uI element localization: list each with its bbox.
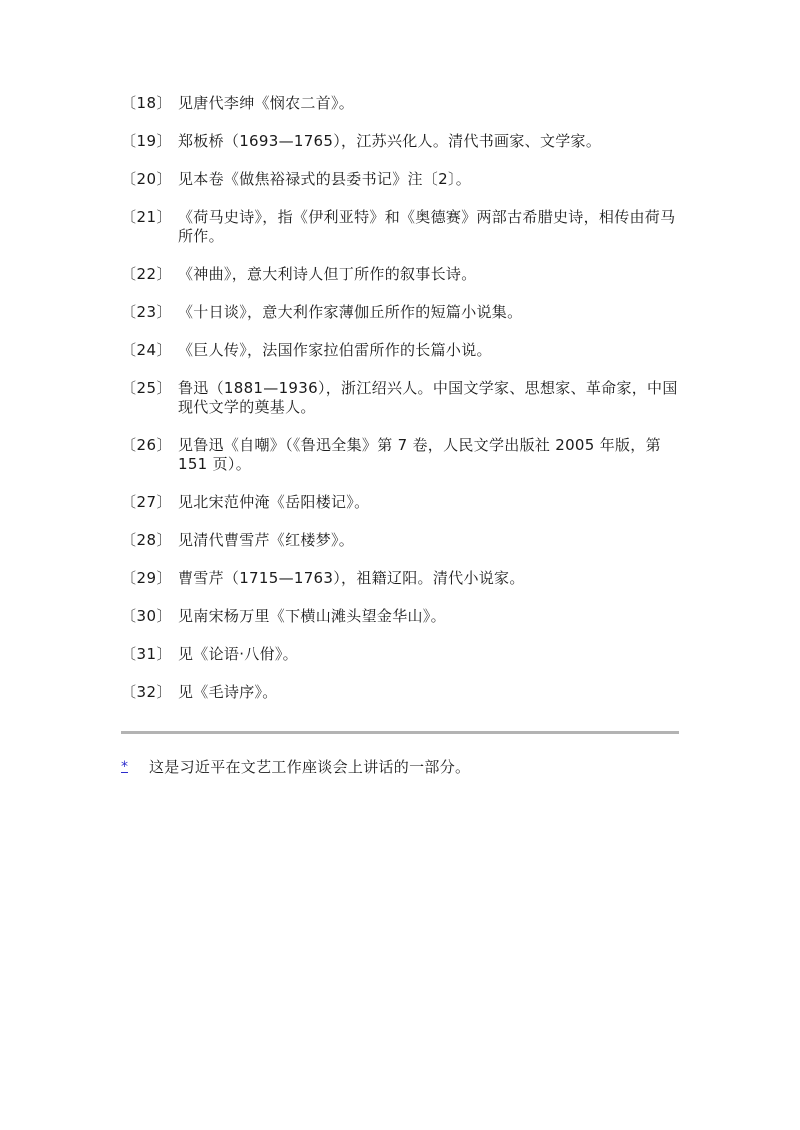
endnote-28: 〔28〕 见清代曹雪芹《红楼梦》。 xyxy=(121,531,681,550)
endnote-22: 〔22〕 《神曲》，意大利诗人但丁所作的叙事长诗。 xyxy=(121,265,681,284)
endnote-text: 《十日谈》，意大利作家薄伽丘所作的短篇小说集。 xyxy=(178,303,681,322)
endnote-number: 〔21〕 xyxy=(121,208,178,227)
footnote: * 这是习近平在文艺工作座谈会上讲话的一部分。 xyxy=(121,758,470,777)
endnote-number: 〔25〕 xyxy=(121,379,178,398)
endnote-number: 〔30〕 xyxy=(121,607,178,626)
endnote-text: 见《论语·八佾》。 xyxy=(178,645,681,664)
endnote-30: 〔30〕 见南宋杨万里《下横山滩头望金华山》。 xyxy=(121,607,681,626)
endnote-number: 〔18〕 xyxy=(121,94,178,113)
endnote-21: 〔21〕 《荷马史诗》，指《伊利亚特》和《奥德赛》两部古希腊史诗，相传由荷马所作… xyxy=(121,208,681,246)
endnote-number: 〔27〕 xyxy=(121,493,178,512)
footnote-backlink[interactable]: * xyxy=(121,758,149,777)
endnote-number: 〔26〕 xyxy=(121,436,178,455)
endnotes-list: 〔18〕 见唐代李绅《悯农二首》。 〔19〕 郑板桥（1693—1765），江苏… xyxy=(121,94,681,721)
endnote-text: 《神曲》，意大利诗人但丁所作的叙事长诗。 xyxy=(178,265,681,284)
endnote-23: 〔23〕 《十日谈》，意大利作家薄伽丘所作的短篇小说集。 xyxy=(121,303,681,322)
footnote-text: 这是习近平在文艺工作座谈会上讲话的一部分。 xyxy=(149,758,470,777)
endnote-20: 〔20〕 见本卷《做焦裕禄式的县委书记》注〔2〕。 xyxy=(121,170,681,189)
endnote-number: 〔32〕 xyxy=(121,683,178,702)
endnote-text: 见鲁迅《自嘲》（《鲁迅全集》第 7 卷，人民文学出版社 2005 年版，第 15… xyxy=(178,436,681,474)
endnote-24: 〔24〕 《巨人传》，法国作家拉伯雷所作的长篇小说。 xyxy=(121,341,681,360)
endnote-number: 〔31〕 xyxy=(121,645,178,664)
endnote-number: 〔22〕 xyxy=(121,265,178,284)
endnote-number: 〔19〕 xyxy=(121,132,178,151)
endnote-text: 《巨人传》，法国作家拉伯雷所作的长篇小说。 xyxy=(178,341,681,360)
endnote-32: 〔32〕 见《毛诗序》。 xyxy=(121,683,681,702)
endnote-text: 曹雪芹（1715—1763），祖籍辽阳。清代小说家。 xyxy=(178,569,681,588)
endnote-number: 〔20〕 xyxy=(121,170,178,189)
endnote-text: 见清代曹雪芹《红楼梦》。 xyxy=(178,531,681,550)
endnote-text: 《荷马史诗》，指《伊利亚特》和《奥德赛》两部古希腊史诗，相传由荷马所作。 xyxy=(178,208,681,246)
endnote-text: 鲁迅（1881—1936），浙江绍兴人。中国文学家、思想家、革命家，中国现代文学… xyxy=(178,379,681,417)
endnote-27: 〔27〕 见北宋范仲淹《岳阳楼记》。 xyxy=(121,493,681,512)
endnote-25: 〔25〕 鲁迅（1881—1936），浙江绍兴人。中国文学家、思想家、革命家，中… xyxy=(121,379,681,417)
endnote-text: 见本卷《做焦裕禄式的县委书记》注〔2〕。 xyxy=(178,170,681,189)
endnote-19: 〔19〕 郑板桥（1693—1765），江苏兴化人。清代书画家、文学家。 xyxy=(121,132,681,151)
endnote-number: 〔24〕 xyxy=(121,341,178,360)
endnote-text: 见北宋范仲淹《岳阳楼记》。 xyxy=(178,493,681,512)
endnote-26: 〔26〕 见鲁迅《自嘲》（《鲁迅全集》第 7 卷，人民文学出版社 2005 年版… xyxy=(121,436,681,474)
endnote-number: 〔28〕 xyxy=(121,531,178,550)
endnote-29: 〔29〕 曹雪芹（1715—1763），祖籍辽阳。清代小说家。 xyxy=(121,569,681,588)
horizontal-rule-divider xyxy=(121,731,679,734)
endnote-text: 郑板桥（1693—1765），江苏兴化人。清代书画家、文学家。 xyxy=(178,132,681,151)
endnote-number: 〔23〕 xyxy=(121,303,178,322)
endnote-text: 见《毛诗序》。 xyxy=(178,683,681,702)
endnote-31: 〔31〕 见《论语·八佾》。 xyxy=(121,645,681,664)
endnote-18: 〔18〕 见唐代李绅《悯农二首》。 xyxy=(121,94,681,113)
endnote-text: 见南宋杨万里《下横山滩头望金华山》。 xyxy=(178,607,681,626)
endnote-number: 〔29〕 xyxy=(121,569,178,588)
endnote-text: 见唐代李绅《悯农二首》。 xyxy=(178,94,681,113)
